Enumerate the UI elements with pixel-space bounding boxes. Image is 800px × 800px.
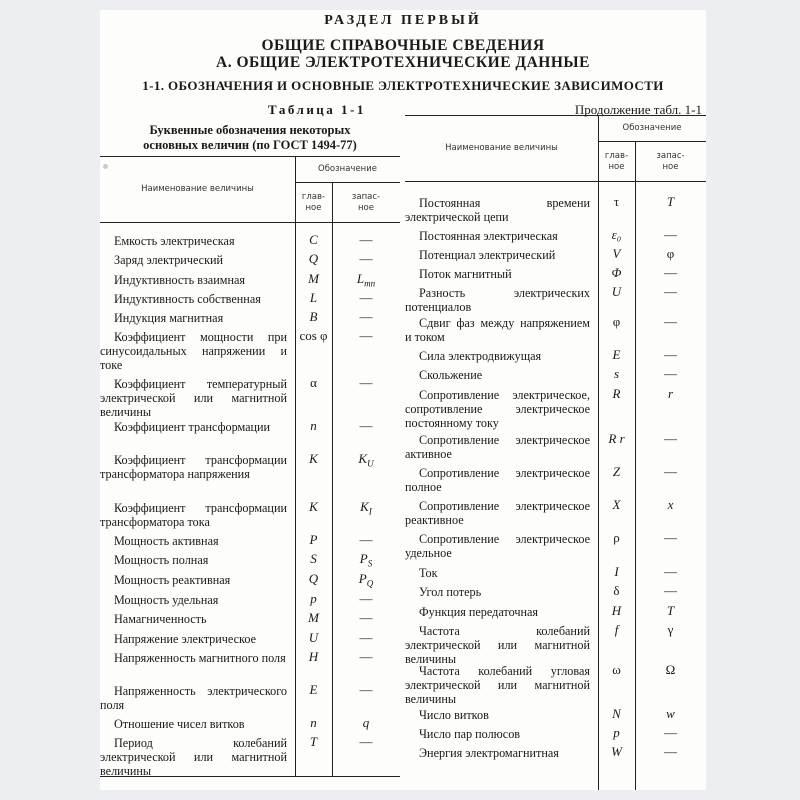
symbol-main: I [598, 565, 635, 579]
quantity-name: Коэффициент температурный электрической … [100, 377, 287, 419]
symbol-alt: — [635, 465, 706, 479]
symbol-alt: — [332, 291, 400, 305]
quantity-name: Число пар полюсов [405, 727, 590, 741]
symbol-main: φ [598, 315, 635, 329]
symbol-main: Z [598, 465, 635, 479]
symbol-alt: — [332, 252, 400, 266]
symbol-main: L [295, 291, 332, 305]
quantity-name: Сопротивление электрическое активное [405, 433, 590, 461]
symbol-main: ω [598, 663, 635, 677]
heading-sub: А. ОБЩИЕ ЭЛЕКТРОТЕХНИЧЕСКИЕ ДАННЫЕ [100, 54, 706, 71]
symbol-alt: — [635, 367, 706, 381]
symbol-main: N [598, 707, 635, 721]
quantity-name: Разность электрических потенциалов [405, 286, 590, 314]
quantity-name: Коэффициент трансформации трансформатора… [100, 453, 287, 481]
symbol-main: U [295, 631, 332, 645]
quantity-name: Потенциал электрический [405, 248, 590, 262]
quantity-name: Индуктивность собственная [100, 292, 287, 306]
quantity-name: Сопротивление электрическое удельное [405, 532, 590, 560]
symbol-alt: Ω [635, 663, 706, 677]
section-title: РАЗДЕЛ ПЕРВЫЙ [100, 13, 706, 29]
symbol-alt: T [635, 604, 706, 618]
quantity-name: Мощность полная [100, 553, 287, 567]
symbol-main: V [598, 247, 635, 261]
quantity-name: Намагниченность [100, 612, 287, 626]
symbol-alt: — [635, 565, 706, 579]
header-main: глав-ное [598, 151, 635, 173]
quantity-name: Функция передаточная [405, 605, 590, 619]
left-table-label: Таблица 1-1 [268, 102, 366, 118]
symbol-main: T [295, 735, 332, 749]
quantity-name: Число витков [405, 708, 590, 722]
quantity-name: Напряженность электрического поля [100, 684, 287, 712]
quantity-name: Коэффициент мощности при синусоидальных … [100, 330, 287, 372]
designation-rule [598, 141, 706, 142]
symbol-main: K [295, 500, 332, 514]
symbol-alt: — [635, 285, 706, 299]
quantity-name: Сдвиг фаз между напряжением и током [405, 316, 590, 344]
symbol-main: ε₀ [598, 228, 635, 242]
symbol-alt: — [635, 531, 706, 545]
table-top-rule [100, 156, 400, 157]
quantity-name: Скольжение [405, 368, 590, 382]
symbol-main: τ [598, 195, 635, 209]
quantity-name: Сопротивление электрическое полное [405, 466, 590, 494]
quantity-name: Энергия электромагнитная [405, 746, 590, 760]
header-alt: запас-ное [635, 151, 706, 173]
symbol-main: n [295, 419, 332, 433]
symbol-alt: w [635, 707, 706, 721]
symbol-main: ρ [598, 531, 635, 545]
header-designation: Обозначение [598, 123, 706, 134]
symbol-alt: — [635, 745, 706, 759]
quantity-name: Мощность реактивная [100, 573, 287, 587]
symbol-alt: — [332, 650, 400, 664]
symbol-main: f [598, 623, 635, 637]
symbol-main: s [598, 367, 635, 381]
quantity-name: Сила электродвижущая [405, 349, 590, 363]
symbol-alt: γ [635, 623, 706, 637]
quantity-name: Коэффициент трансформации [100, 420, 287, 434]
quantity-name: Постоянная времени электрической цепи [405, 196, 590, 224]
symbol-main: R [598, 387, 635, 401]
quantity-name: Индуктивность взаимная [100, 273, 287, 287]
symbol-alt: — [332, 233, 400, 247]
quantity-name: Заряд электрический [100, 253, 287, 267]
symbol-main: M [295, 272, 332, 286]
symbol-alt: — [635, 432, 706, 446]
scan-speck [103, 164, 108, 169]
symbol-alt: φ [635, 247, 706, 261]
quantity-name: Частота колебаний электрической или магн… [405, 624, 590, 666]
symbol-alt: — [332, 419, 400, 433]
quantity-name: Ток [405, 566, 590, 580]
symbol-main: H [598, 604, 635, 618]
symbol-main: S [295, 552, 332, 566]
symbol-alt: — [332, 533, 400, 547]
header-designation: Обозначение [295, 164, 400, 175]
symbol-main: C [295, 233, 332, 247]
quantity-name: Период колебаний электрической или магни… [100, 736, 287, 778]
symbol-alt: — [332, 611, 400, 625]
quantity-name: Постоянная электрическая [405, 229, 590, 243]
symbol-alt: q [332, 716, 400, 730]
symbol-main: n [295, 716, 332, 730]
table-top-rule [405, 115, 706, 116]
table-header-rule [100, 222, 400, 223]
quantity-name: Напряженность магнитного поля [100, 651, 287, 665]
symbol-main: p [598, 726, 635, 740]
symbol-main: H [295, 650, 332, 664]
symbol-alt: KI [332, 500, 400, 519]
symbol-alt: — [332, 683, 400, 697]
quantity-name: Отношение чисел витков [100, 717, 287, 731]
symbol-main: P [295, 533, 332, 547]
symbol-alt: r [635, 387, 706, 401]
symbol-alt: — [332, 592, 400, 606]
quantity-name: Угол потерь [405, 585, 590, 599]
document-page: РАЗДЕЛ ПЕРВЫЙ ОБЩИЕ СПРАВОЧНЫЕ СВЕДЕНИЯ … [100, 10, 706, 790]
subsection-title: 1-1. ОБОЗНАЧЕНИЯ И ОСНОВНЫЕ ЭЛЕКТРОТЕХНИ… [100, 78, 706, 94]
symbol-alt: — [635, 315, 706, 329]
quantity-name: Сопротивление электрическое реактивное [405, 499, 590, 527]
symbol-alt: — [635, 348, 706, 362]
symbol-alt: — [635, 228, 706, 242]
column-divider-main [598, 115, 599, 790]
symbol-main: R r [598, 432, 635, 446]
symbol-main: E [295, 683, 332, 697]
quantity-name: Индукция магнитная [100, 311, 287, 325]
quantity-name: Мощность удельная [100, 593, 287, 607]
symbol-alt: — [635, 726, 706, 740]
quantity-name: Частота колебаний угловая электрической … [405, 664, 590, 706]
symbol-alt: PQ [332, 572, 400, 591]
symbol-main: E [598, 348, 635, 362]
main-heading: ОБЩИЕ СПРАВОЧНЫЕ СВЕДЕНИЯ А. ОБЩИЕ ЭЛЕКТ… [100, 37, 706, 71]
quantity-name: Поток магнитный [405, 267, 590, 281]
symbol-alt: — [332, 376, 400, 390]
header-alt: запас-ное [332, 192, 400, 214]
symbol-main: Φ [598, 266, 635, 280]
symbol-main: Q [295, 572, 332, 586]
symbol-alt: — [332, 631, 400, 645]
symbol-main: K [295, 452, 332, 466]
header-name: Наименование величины [405, 143, 598, 154]
symbol-alt: x [635, 498, 706, 512]
quantity-name: Емкость электрическая [100, 234, 287, 248]
symbol-alt: — [635, 584, 706, 598]
quantity-name: Напряжение электрическое [100, 632, 287, 646]
symbol-main: p [295, 592, 332, 606]
header-main: глав-ное [295, 192, 332, 214]
symbol-alt: — [635, 266, 706, 280]
symbol-alt: T [635, 195, 706, 209]
symbol-alt: KU [332, 452, 400, 471]
heading-main: ОБЩИЕ СПРАВОЧНЫЕ СВЕДЕНИЯ [100, 37, 706, 54]
symbol-alt: PS [332, 552, 400, 571]
symbol-main: X [598, 498, 635, 512]
symbol-alt: — [332, 310, 400, 324]
symbol-main: α [295, 376, 332, 390]
designation-rule [295, 182, 400, 183]
quantity-name: Сопротивление электрическое, сопротивлен… [405, 388, 590, 430]
symbol-main: W [598, 745, 635, 759]
symbol-main: B [295, 310, 332, 324]
symbol-alt: Lmn [332, 272, 400, 291]
symbol-main: Q [295, 252, 332, 266]
quantity-name: Мощность активная [100, 534, 287, 548]
header-name: Наименование величины [100, 184, 295, 195]
symbol-main: U [598, 285, 635, 299]
left-table-caption: Буквенные обозначения некоторых основных… [100, 123, 400, 153]
table-header-rule [405, 181, 706, 182]
symbol-main: M [295, 611, 332, 625]
symbol-alt: — [332, 329, 400, 343]
symbol-main: cos φ [295, 329, 332, 343]
quantity-name: Коэффициент трансформации трансформатора… [100, 501, 287, 529]
symbol-main: δ [598, 584, 635, 598]
symbol-alt: — [332, 735, 400, 749]
